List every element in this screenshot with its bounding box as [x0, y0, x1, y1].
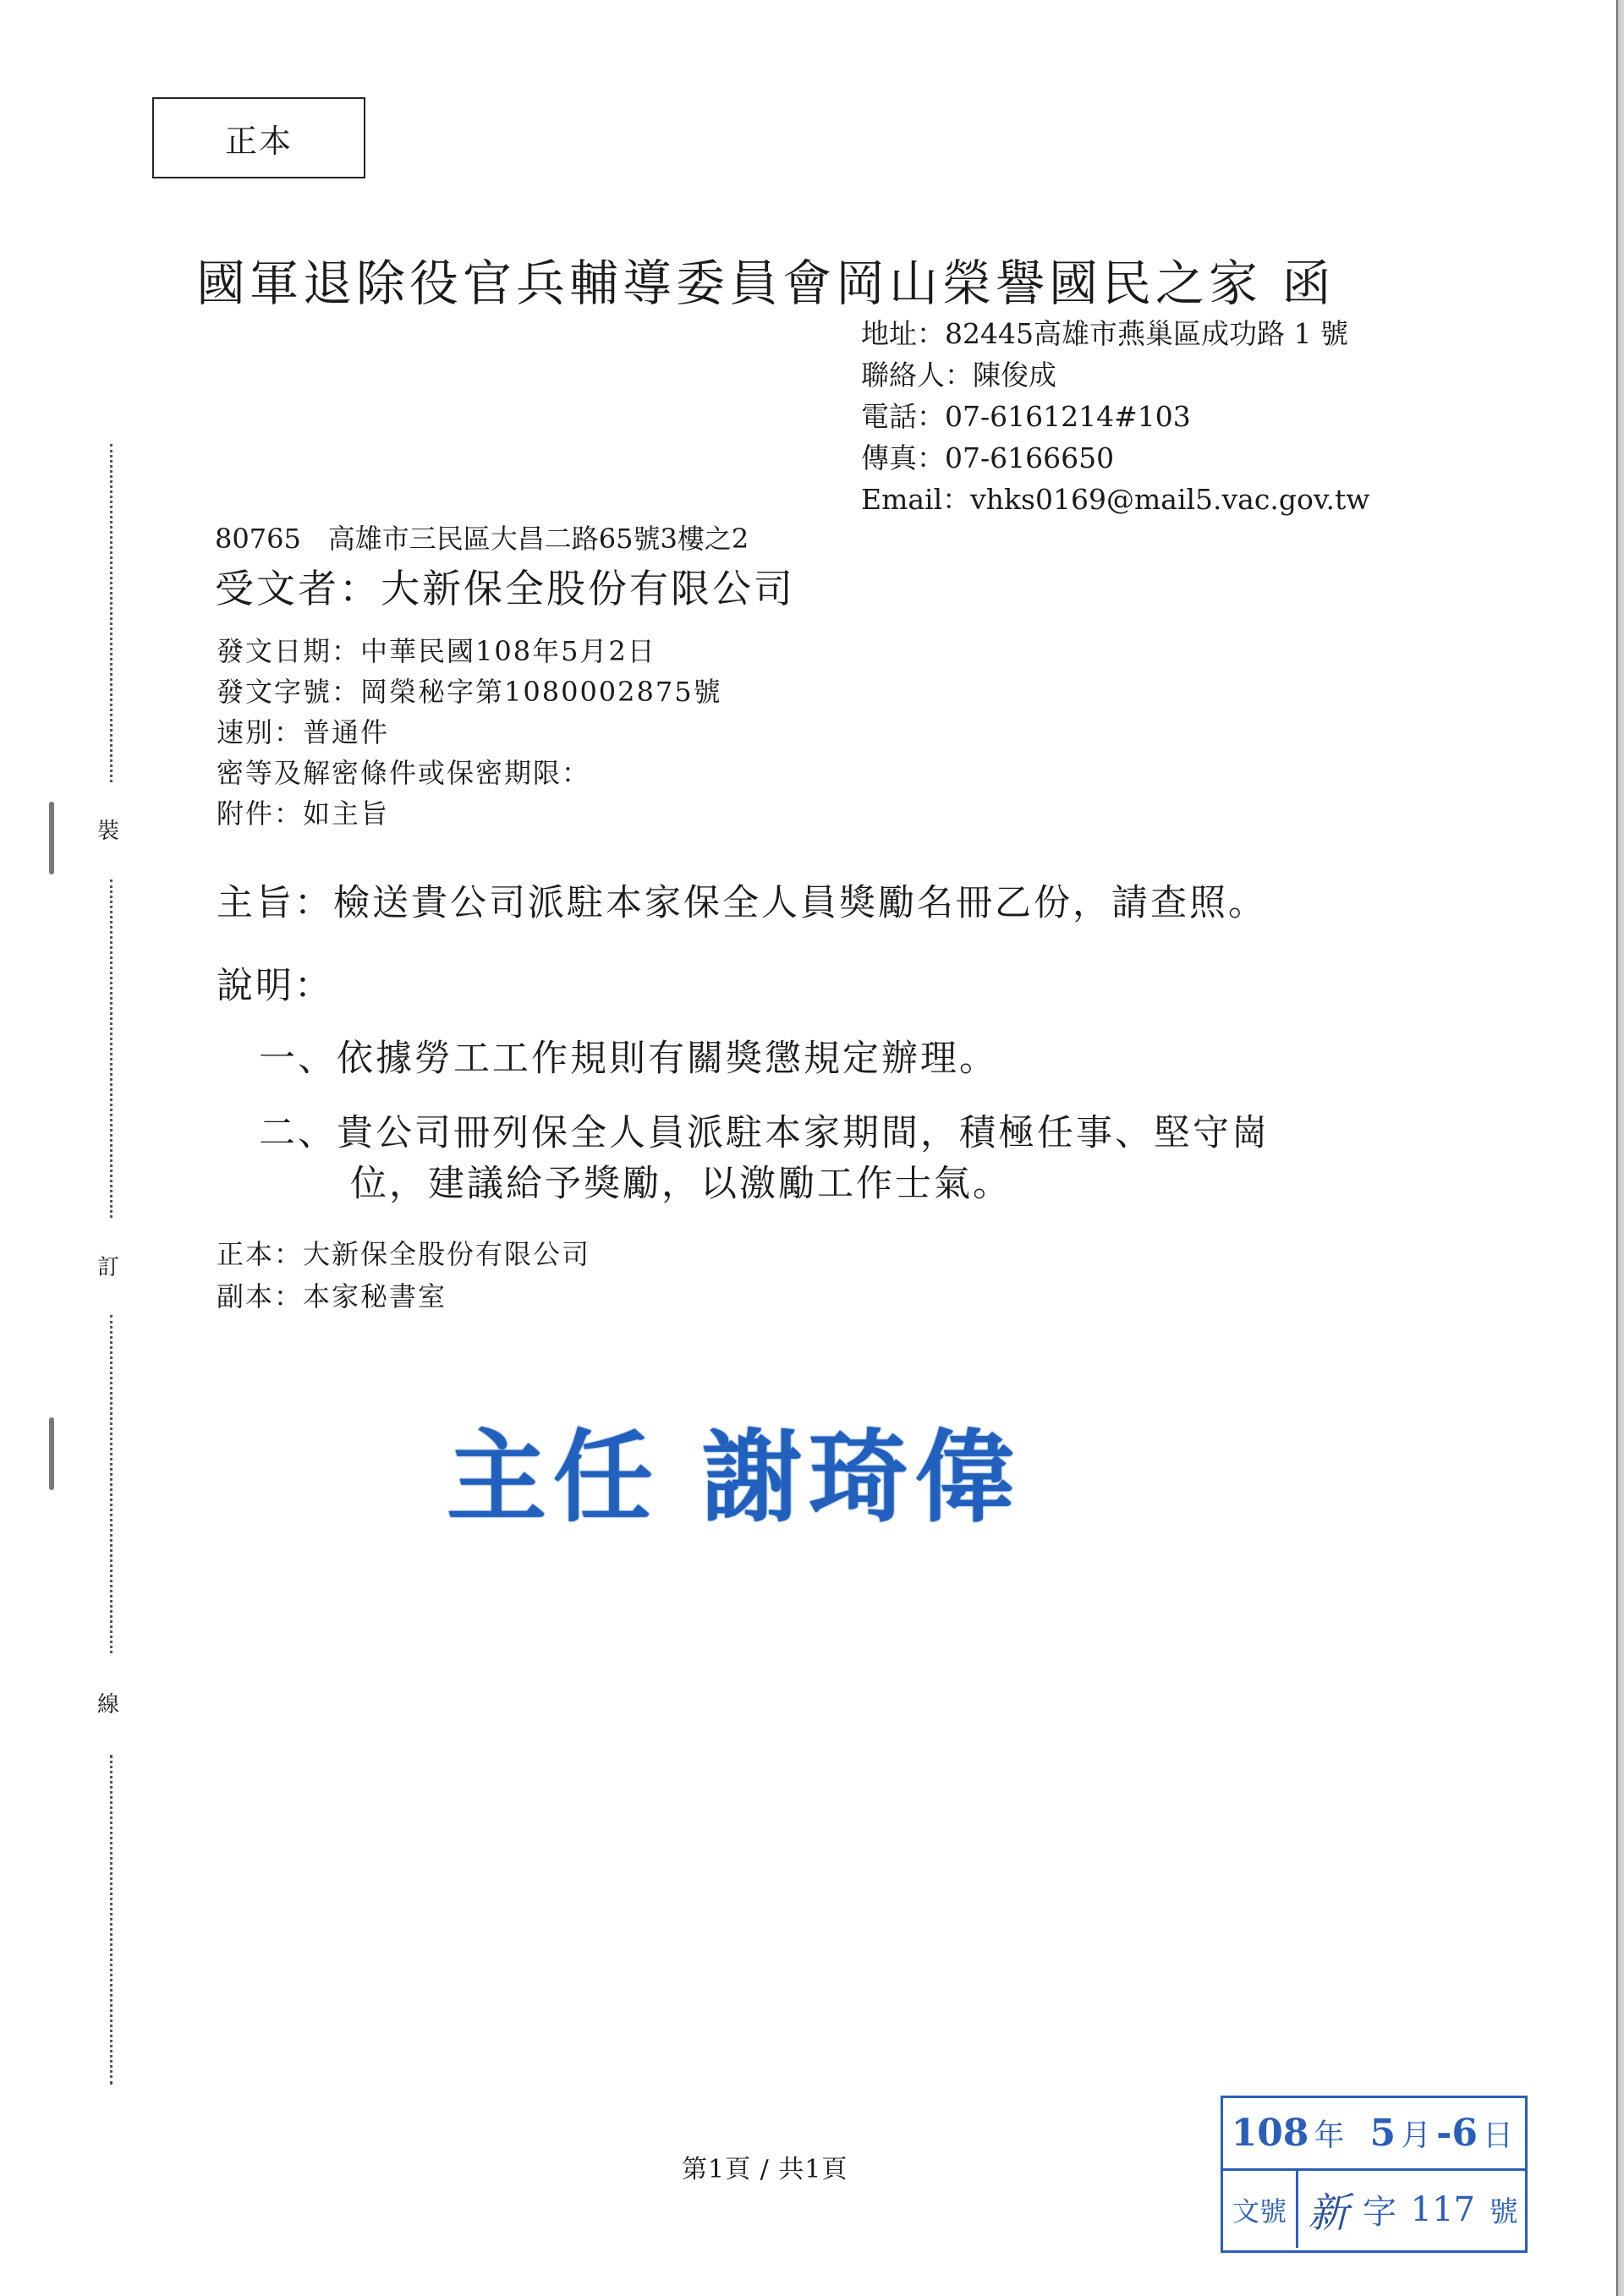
copy-recipient: 副本：本家秘書室 — [217, 1275, 590, 1318]
copy-type-box: 正本 — [152, 97, 365, 178]
binding-label-bind: 裝 — [97, 814, 119, 845]
receipt-month-unit: 月 — [1401, 2112, 1431, 2155]
binding-label-line: 線 — [97, 1687, 119, 1718]
receipt-month: 5 — [1369, 2112, 1396, 2155]
original-recipient: 正本：大新保全股份有限公司 — [217, 1233, 590, 1275]
sender-email: Email：vhks0169@mail5.vac.gov.tw — [861, 479, 1370, 520]
copy-type-label: 正本 — [225, 115, 293, 162]
binding-label-staple: 訂 — [97, 1250, 119, 1281]
receipt-char-unit: 字 — [1363, 2185, 1396, 2233]
receipt-number-label: 文號 — [1223, 2171, 1298, 2248]
binding-dotted-line — [110, 879, 112, 1218]
distribution: 正本：大新保全股份有限公司 副本：本家秘書室 — [217, 1233, 590, 1318]
receipt-handwritten-prefix: 新 — [1308, 2180, 1348, 2238]
staple-mark — [49, 1417, 54, 1490]
explanation-item-2-line-2: 位，建議給予獎勵，以激勵工作士氣。 — [350, 1155, 1012, 1207]
sender-address: 地址：82445高雄市燕巢區成功路 1 號 — [861, 313, 1370, 354]
receipt-date: 108年 5月 -6日 — [1223, 2098, 1525, 2171]
receipt-number: 新 字 117 號 — [1301, 2171, 1525, 2248]
recipient-name: 受文者：大新保全股份有限公司 — [215, 558, 795, 614]
receipt-number-unit: 號 — [1490, 2189, 1518, 2230]
explanation-heading: 說明： — [217, 957, 333, 1009]
delivery-speed: 速別：普通件 — [217, 712, 722, 753]
sender-phone: 電話：07-6161214#103 — [861, 396, 1370, 437]
receipt-day-unit: 日 — [1483, 2112, 1513, 2155]
receipt-number-value: 117 — [1411, 2190, 1475, 2229]
document-meta: 發文日期：中華民國108年5月2日 發文字號：岡榮秘字第1080002875號 … — [217, 631, 722, 834]
receipt-year-unit: 年 — [1314, 2112, 1344, 2155]
sender-info: 地址：82445高雄市燕巢區成功路 1 號 聯絡人：陳俊成 電話：07-6161… — [861, 313, 1370, 520]
subject: 主旨：檢送貴公司派駐本家保全人員獎勵名冊乙份，請查照。 — [217, 874, 1267, 926]
attachment: 附件：如主旨 — [217, 793, 722, 834]
signature-stamp: 主任謝琦偉 — [447, 1397, 1022, 1541]
staple-mark — [49, 802, 54, 874]
sender-fax: 傳真：07-6166650 — [861, 437, 1370, 479]
receipt-day: -6 — [1436, 2112, 1478, 2155]
page-indicator: 第1頁 / 共1頁 — [682, 2148, 848, 2185]
receipt-year: 108 — [1232, 2112, 1309, 2155]
binding-dotted-line — [110, 1755, 112, 2085]
explanation-item-2-line-1: 二、貴公司冊列保全人員派駐本家期間，積極任事、堅守崗 — [259, 1104, 1270, 1156]
document-title: 國軍退除役官兵輔導委員會岡山榮譽國民之家 函 — [196, 244, 1335, 315]
binding-dotted-line — [110, 1315, 112, 1653]
explanation-item-1: 一、依據勞工工作規則有關獎懲規定辦理。 — [259, 1030, 998, 1082]
signature-name: 謝琦偉 — [702, 1419, 1022, 1536]
signature-title: 主任 — [447, 1419, 660, 1536]
recipient-address: 80765 高雄市三民區大昌二路65號3樓之2 — [215, 518, 749, 556]
issue-date: 發文日期：中華民國108年5月2日 — [217, 631, 722, 671]
receipt-stamp: 108年 5月 -6日 文號 新 字 117 號 — [1221, 2096, 1528, 2253]
document-number: 發文字號：岡榮秘字第1080002875號 — [217, 671, 722, 712]
page-edge — [1616, 0, 1624, 2296]
binding-dotted-line — [110, 444, 112, 782]
sender-contact: 聯絡人：陳俊成 — [861, 354, 1370, 396]
classification: 密等及解密條件或保密期限： — [217, 753, 722, 793]
